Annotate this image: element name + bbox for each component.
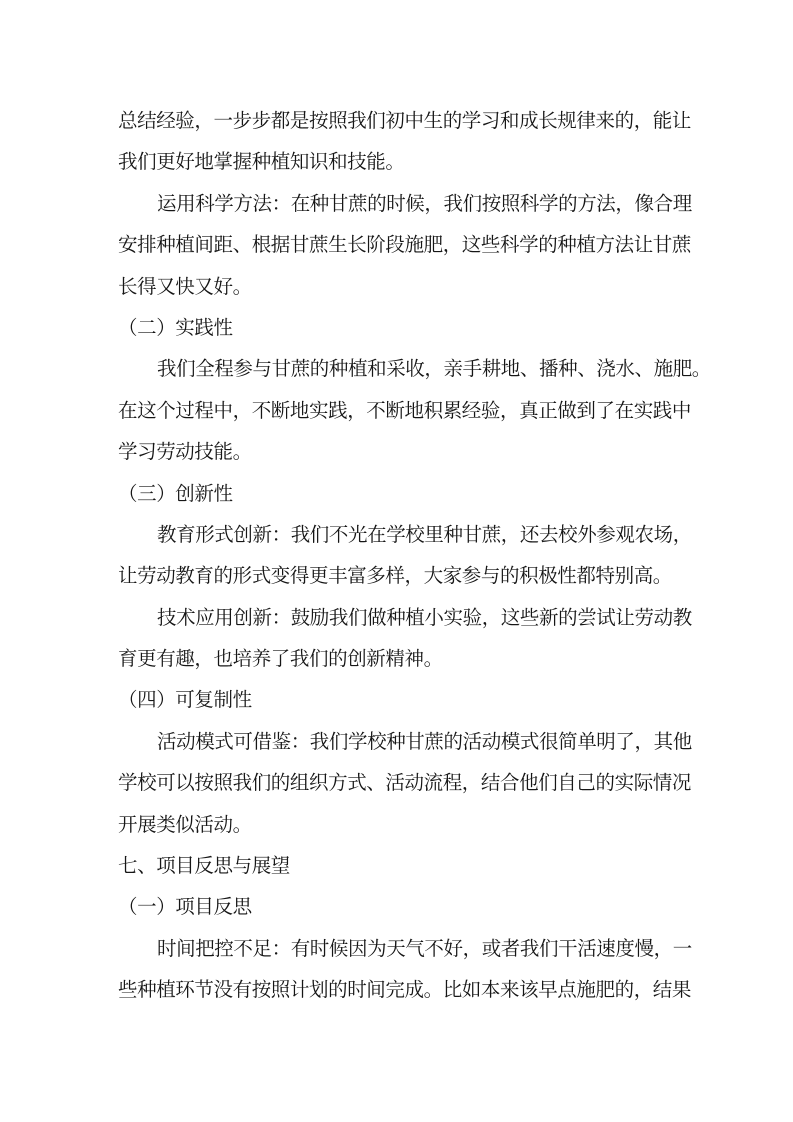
- text-line: 学校可以按照我们的组织方式、活动流程，结合他们自己的实际情况: [118, 763, 678, 804]
- heading-line: （一）项目反思: [118, 887, 678, 928]
- text-line: 学习劳动技能。: [118, 432, 678, 473]
- text-line: 技术应用创新：鼓励我们做种植小实验，这些新的尝试让劳动教: [118, 598, 678, 639]
- text-line: 总结经验，一步步都是按照我们初中生的学习和成长规律来的，能让: [118, 101, 678, 142]
- heading-line: （三）创新性: [118, 474, 678, 515]
- heading-line: （四）可复制性: [118, 680, 678, 721]
- text-line: 在这个过程中，不断地实践，不断地积累经验，真正做到了在实践中: [118, 391, 678, 432]
- heading-line: （二）实践性: [118, 308, 678, 349]
- text-line: 些种植环节没有按照计划的时间完成。比如本来该早点施肥的，结果: [118, 970, 678, 1011]
- text-line: 安排种植间距、根据甘蔗生长阶段施肥，这些科学的种植方法让甘蔗: [118, 225, 678, 266]
- text-line: 时间把控不足：有时候因为天气不好，或者我们干活速度慢，一: [118, 929, 678, 970]
- heading-line: 七、项目反思与展望: [118, 846, 678, 887]
- text-line: 活动模式可借鉴：我们学校种甘蔗的活动模式很简单明了，其他: [118, 722, 678, 763]
- text-line: 长得又快又好。: [118, 267, 678, 308]
- document-body: 总结经验，一步步都是按照我们初中生的学习和成长规律来的，能让我们更好地掌握种植知…: [118, 101, 678, 1012]
- text-line: 开展类似活动。: [118, 805, 678, 846]
- text-line: 运用科学方法：在种甘蔗的时候，我们按照科学的方法，像合理: [118, 184, 678, 225]
- text-line: 让劳动教育的形式变得更丰富多样，大家参与的积极性都特别高。: [118, 556, 678, 597]
- text-line: 育更有趣，也培养了我们的创新精神。: [118, 639, 678, 680]
- text-line: 教育形式创新：我们不光在学校里种甘蔗，还去校外参观农场，: [118, 515, 678, 556]
- document-page: 总结经验，一步步都是按照我们初中生的学习和成长规律来的，能让我们更好地掌握种植知…: [0, 0, 793, 1122]
- text-line: 我们更好地掌握种植知识和技能。: [118, 142, 678, 183]
- text-line: 我们全程参与甘蔗的种植和采收，亲手耕地、播种、浇水、施肥。: [118, 349, 678, 390]
